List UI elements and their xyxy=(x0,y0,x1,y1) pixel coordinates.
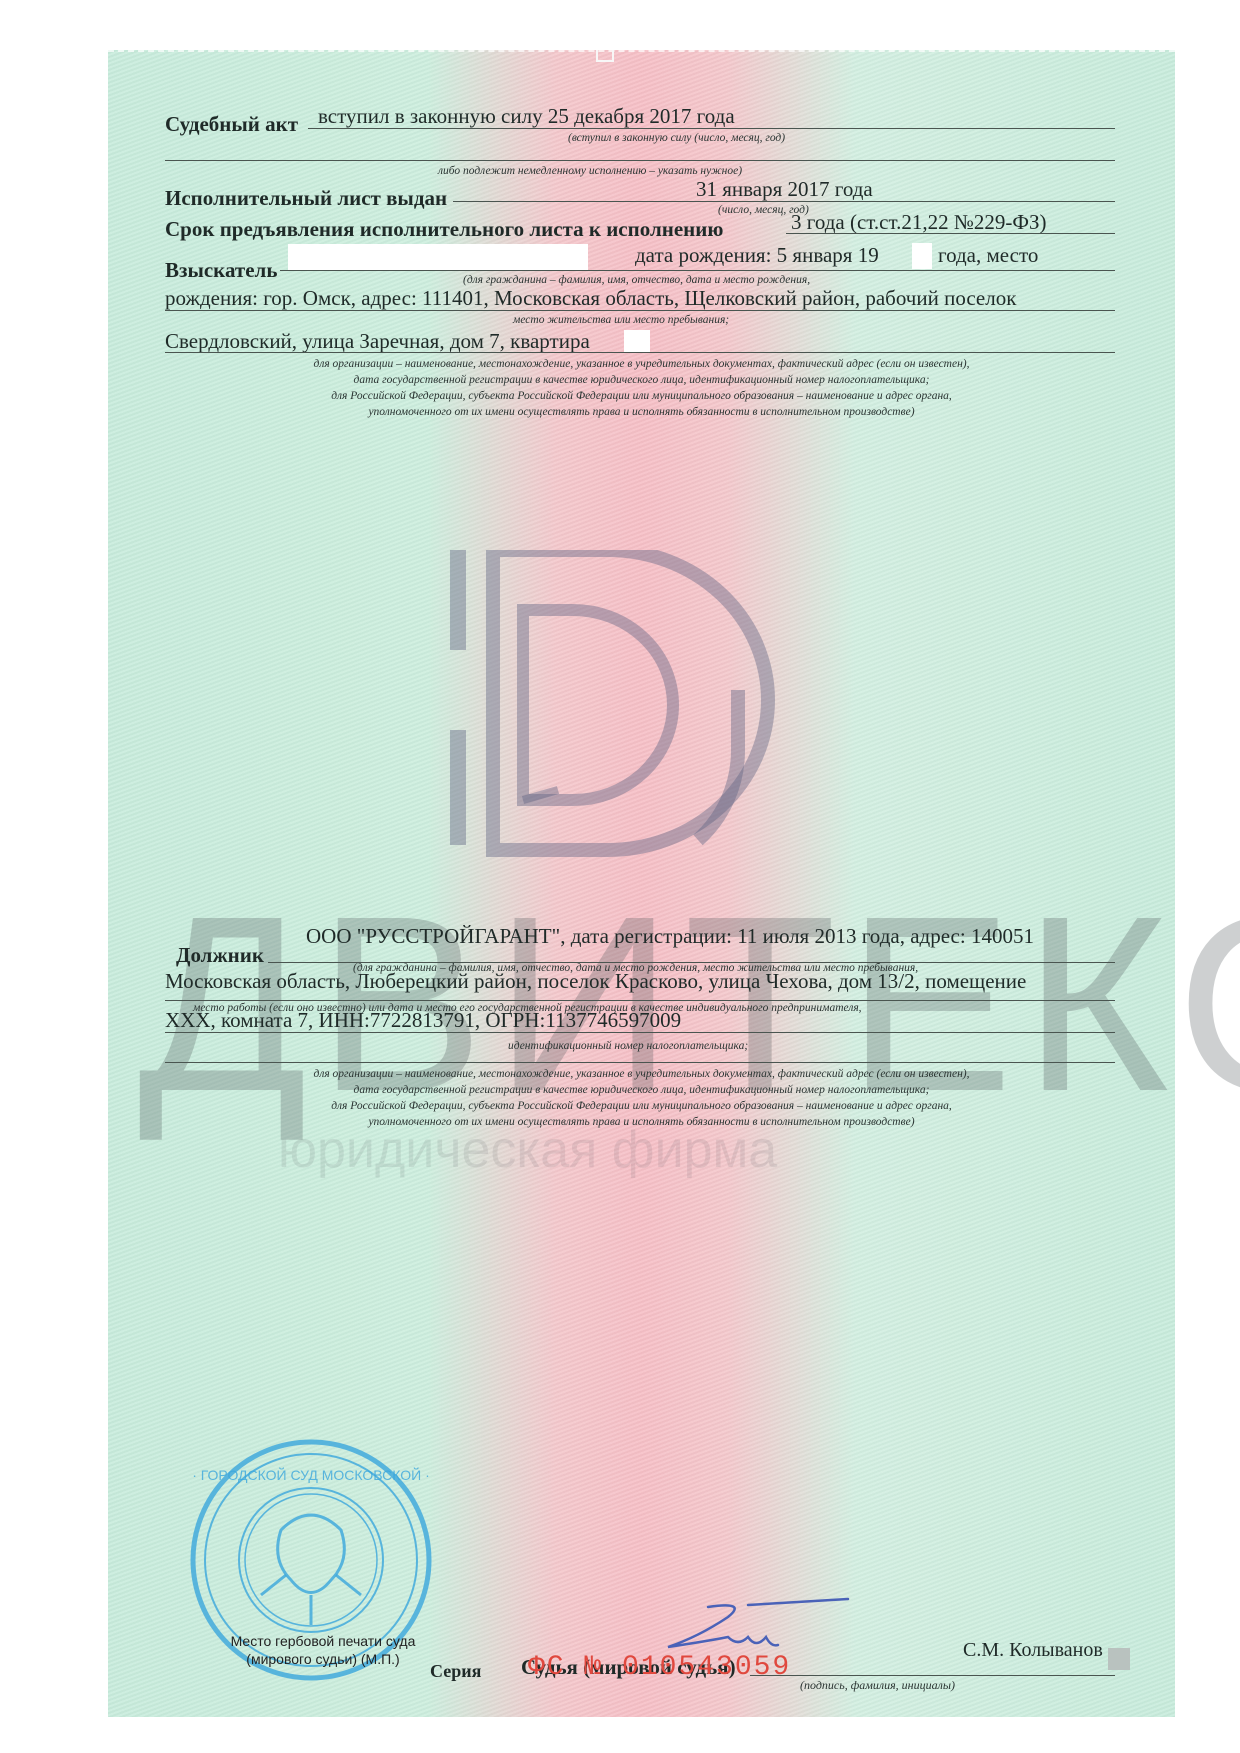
court-act-line xyxy=(308,128,1115,129)
claimant-line2 xyxy=(165,310,1115,311)
debtor-label: Должник xyxy=(176,943,264,968)
issued-line xyxy=(453,201,1115,202)
debtor-hint-block: для организации – наименование, местонах… xyxy=(148,1066,1135,1130)
court-act-line2 xyxy=(165,160,1115,161)
claimant-label: Взыскатель xyxy=(165,258,277,283)
page-mark xyxy=(596,50,614,62)
claimant-line3 xyxy=(165,352,1115,353)
serial-label: Серия xyxy=(430,1661,481,1682)
corner-mark xyxy=(1108,1648,1130,1670)
serial-number: ФС № 010543059 xyxy=(528,1652,791,1683)
term-value: 3 года (ст.ст.21,22 №229-ФЗ) xyxy=(791,210,1046,235)
claimant-address1: рождения: гор. Омск, адрес: 111401, Моск… xyxy=(165,286,1016,311)
court-act-hint2: либо подлежит немедленному исполнению – … xyxy=(438,165,742,177)
writ-of-execution-page: ДВИТЕКС юридическая фирма Судебный акт в… xyxy=(108,50,1175,1717)
redacted-claimant-name xyxy=(288,244,588,270)
claimant-hint2: место жительства или место пребывания; xyxy=(513,314,729,326)
debtor-hint3: идентификационный номер налогоплательщик… xyxy=(508,1040,748,1052)
debtor-line4 xyxy=(165,1062,1115,1063)
judge-line xyxy=(750,1675,1115,1676)
claimant-birth-end: года, место xyxy=(938,243,1038,268)
debtor-value3: XXX, комната 7, ИНН:7722813791, ОГРН:113… xyxy=(165,1008,681,1033)
seal-place-caption: Место гербовой печати суда (мирового суд… xyxy=(203,1632,443,1668)
judge-name: С.М. Колыванов xyxy=(963,1639,1103,1662)
issued-label: Исполнительный лист выдан xyxy=(165,186,447,211)
term-label: Срок предъявления исполнительного листа … xyxy=(165,217,723,242)
debtor-value2: Московская область, Люберецкий район, по… xyxy=(165,969,1026,994)
claimant-birth: дата рождения: 5 января 19 xyxy=(635,243,879,268)
claimant-address2: Свердловский, улица Заречная, дом 7, ква… xyxy=(165,329,590,354)
debtor-line3 xyxy=(165,1032,1115,1033)
watermark-logo-icon xyxy=(448,550,788,890)
debtor-value1: ООО "РУССТРОЙГАРАНТ", дата регистрации: … xyxy=(306,924,1034,949)
court-act-value: вступил в законную силу 25 декабря 2017 … xyxy=(318,104,735,129)
term-line xyxy=(786,233,1115,234)
debtor-line2 xyxy=(165,1000,1115,1001)
claimant-hint1: (для гражданина – фамилия, имя, отчество… xyxy=(463,274,810,286)
redacted-birth-year xyxy=(912,243,932,269)
claimant-hint-block: для организации – наименование, местонах… xyxy=(148,356,1135,420)
judge-hint: (подпись, фамилия, инициалы) xyxy=(800,1678,955,1693)
redacted-apartment xyxy=(624,330,650,352)
court-act-hint: (вступил в законную силу (число, месяц, … xyxy=(568,132,785,144)
claimant-line1 xyxy=(280,270,1115,271)
svg-text:· ГОРОДСКОЙ СУД МОСКОВСКОЙ ·: · ГОРОДСКОЙ СУД МОСКОВСКОЙ · xyxy=(192,1466,430,1483)
issued-value: 31 января 2017 года xyxy=(696,177,873,202)
court-act-label: Судебный акт xyxy=(165,112,298,137)
